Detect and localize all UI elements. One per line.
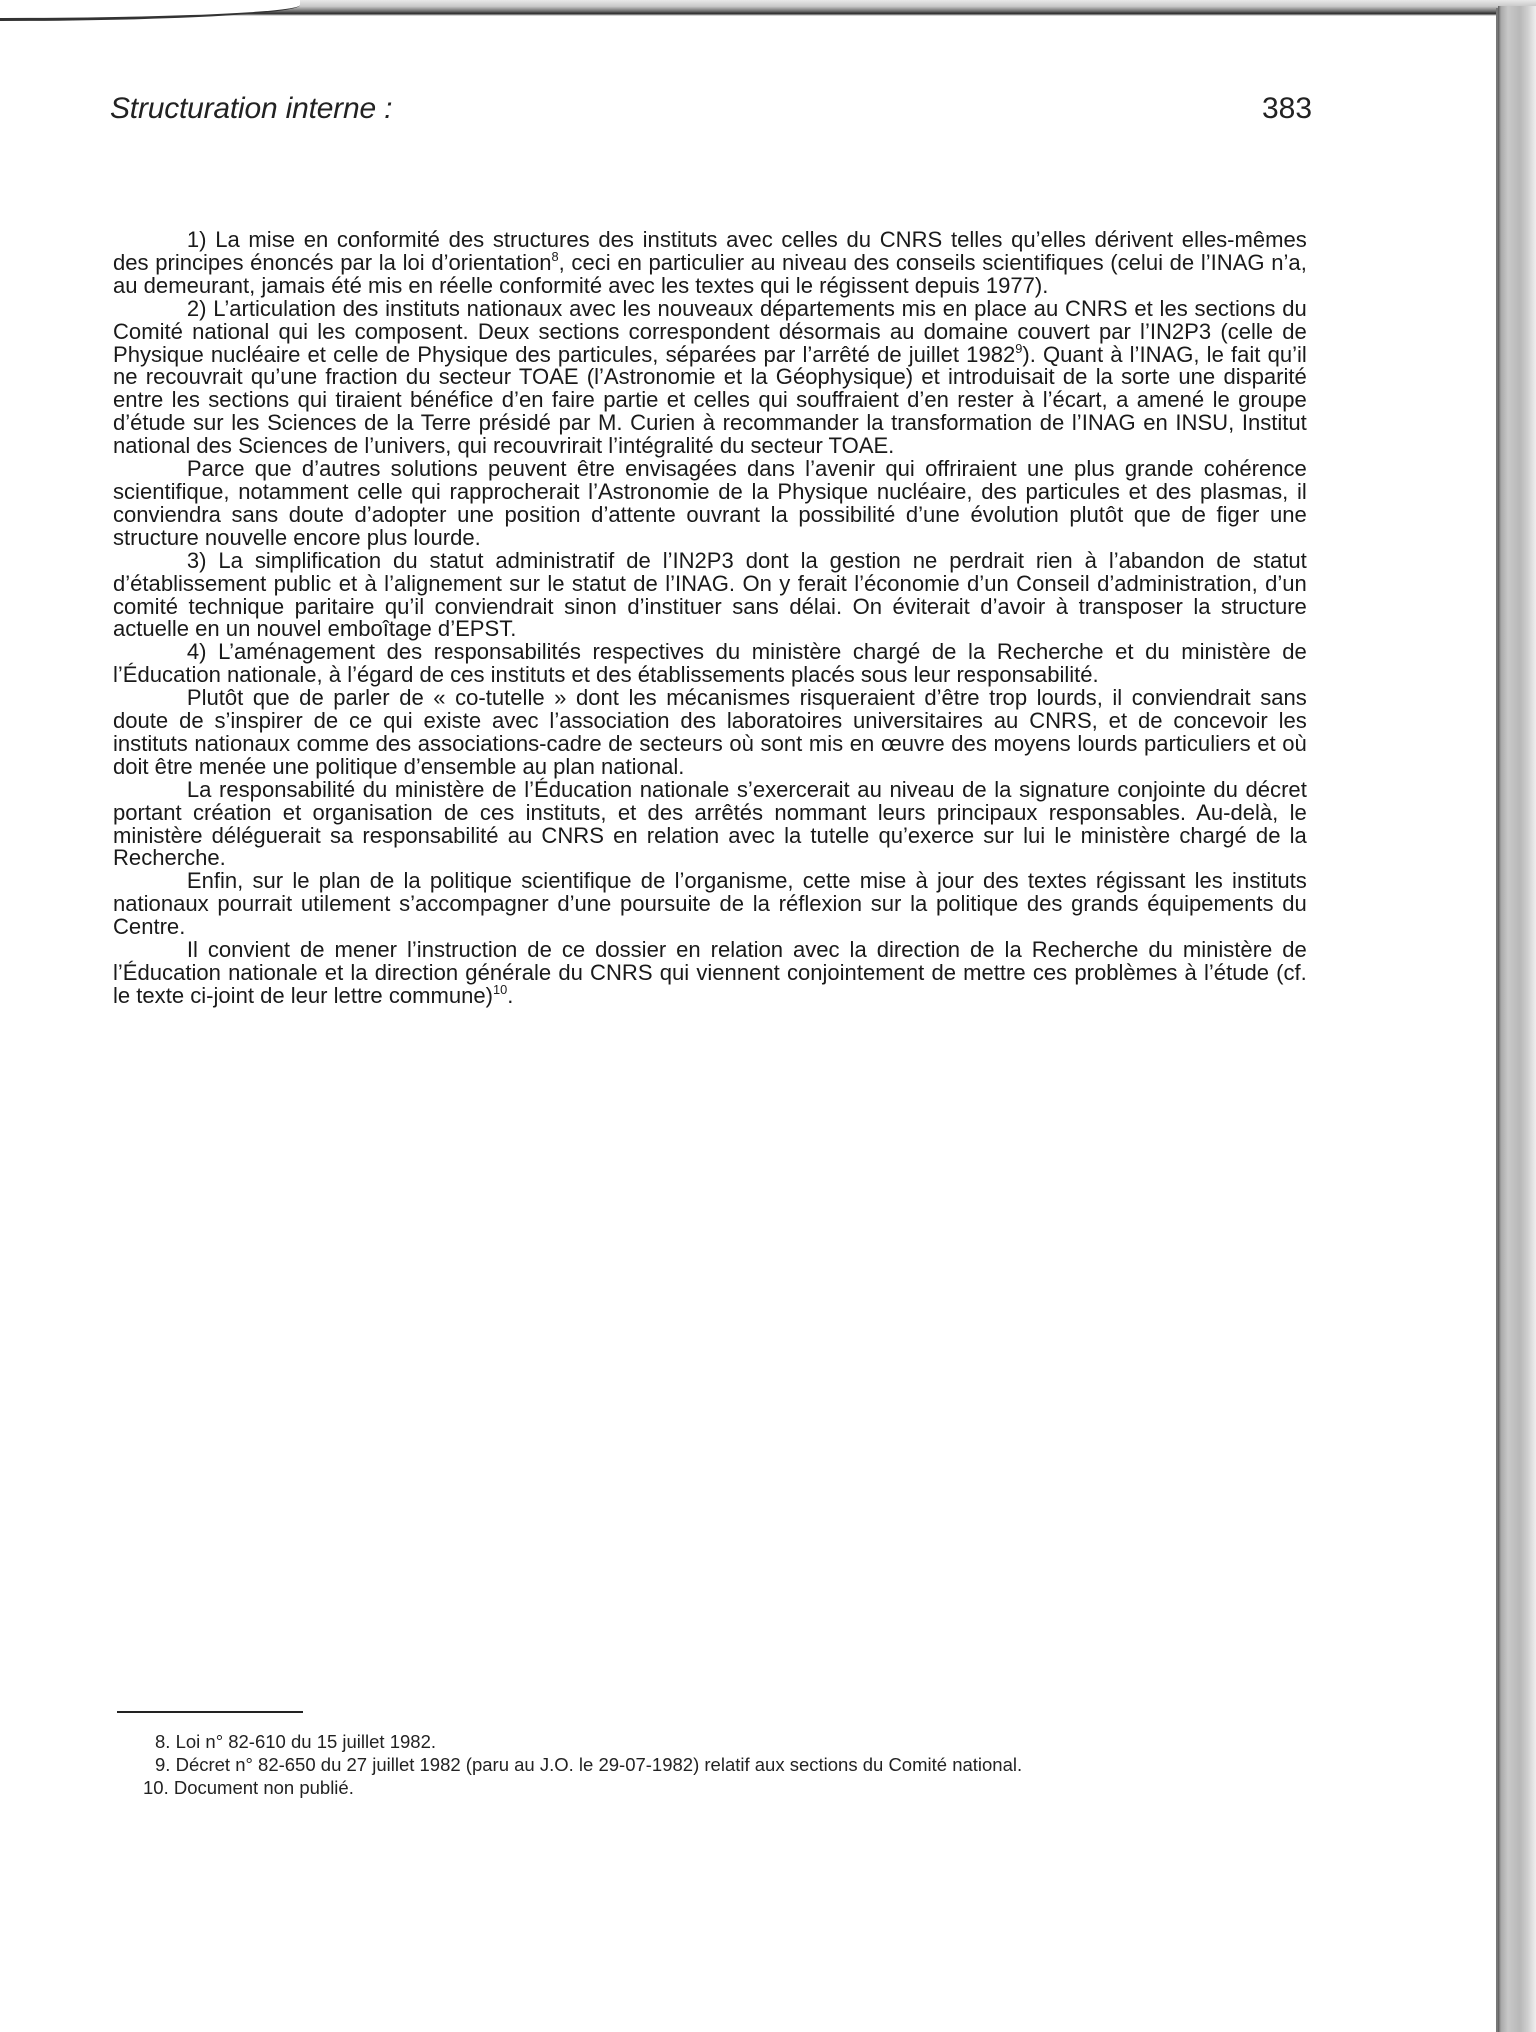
paragraph: Plutôt que de parler de « co-tutelle » d… [113, 687, 1307, 779]
footnote-number: 10. [143, 1777, 169, 1800]
paragraph: Parce que d’autres solutions peuvent êtr… [113, 458, 1307, 550]
footnote-text: Décret n° 82-650 du 27 juillet 1982 (par… [176, 1754, 1023, 1775]
book-spine [1498, 6, 1536, 2032]
paragraph-text: La responsabilité du ministère de l’Éduc… [113, 777, 1307, 871]
paragraph: Enfin, sur le plan de la politique scien… [113, 870, 1307, 939]
footnote-number: 9. [155, 1754, 170, 1777]
footnote-ref[interactable]: 10 [493, 982, 507, 997]
footnote-10: 10. Document non publié. [143, 1777, 1355, 1800]
paragraph: 2) L’articulation des instituts nationau… [113, 298, 1307, 458]
footnote-text: Document non publié. [174, 1777, 354, 1798]
running-head: Structuration interne : [110, 92, 392, 126]
footnote-separator [117, 1711, 303, 1713]
paragraph: Il convient de mener l’instruction de ce… [113, 939, 1307, 1008]
footnote-text: Loi n° 82-610 du 15 juillet 1982. [176, 1731, 436, 1752]
paragraph: La responsabilité du ministère de l’Éduc… [113, 779, 1307, 871]
footnote-8: 8. Loi n° 82-610 du 15 juillet 1982. [155, 1731, 1355, 1754]
scan-page-curl [0, 0, 300, 21]
footnote-number: 8. [155, 1731, 170, 1754]
paragraph-text: 3) La simplification du statut administr… [113, 548, 1307, 642]
paragraph-text: 4) L’aménagement des responsabilités res… [113, 639, 1307, 687]
paragraph-text: Parce que d’autres solutions peuvent êtr… [113, 456, 1307, 550]
paragraph-text: . [507, 983, 513, 1008]
paragraph-text: Enfin, sur le plan de la politique scien… [113, 868, 1307, 939]
paragraph-text: Il convient de mener l’instruction de ce… [113, 937, 1307, 1008]
page-number: 383 [1262, 92, 1312, 126]
footnotes: 8. Loi n° 82-610 du 15 juillet 1982. 9. … [155, 1731, 1355, 1799]
paragraph-text: Plutôt que de parler de « co-tutelle » d… [113, 685, 1307, 779]
paragraph: 1) La mise en conformité des structures … [113, 229, 1307, 298]
paragraph: 3) La simplification du statut administr… [113, 550, 1307, 642]
body-text: 1) La mise en conformité des structures … [113, 229, 1307, 1008]
paragraph: 4) L’aménagement des responsabilités res… [113, 641, 1307, 687]
footnote-9: 9. Décret n° 82-650 du 27 juillet 1982 (… [155, 1754, 1355, 1777]
